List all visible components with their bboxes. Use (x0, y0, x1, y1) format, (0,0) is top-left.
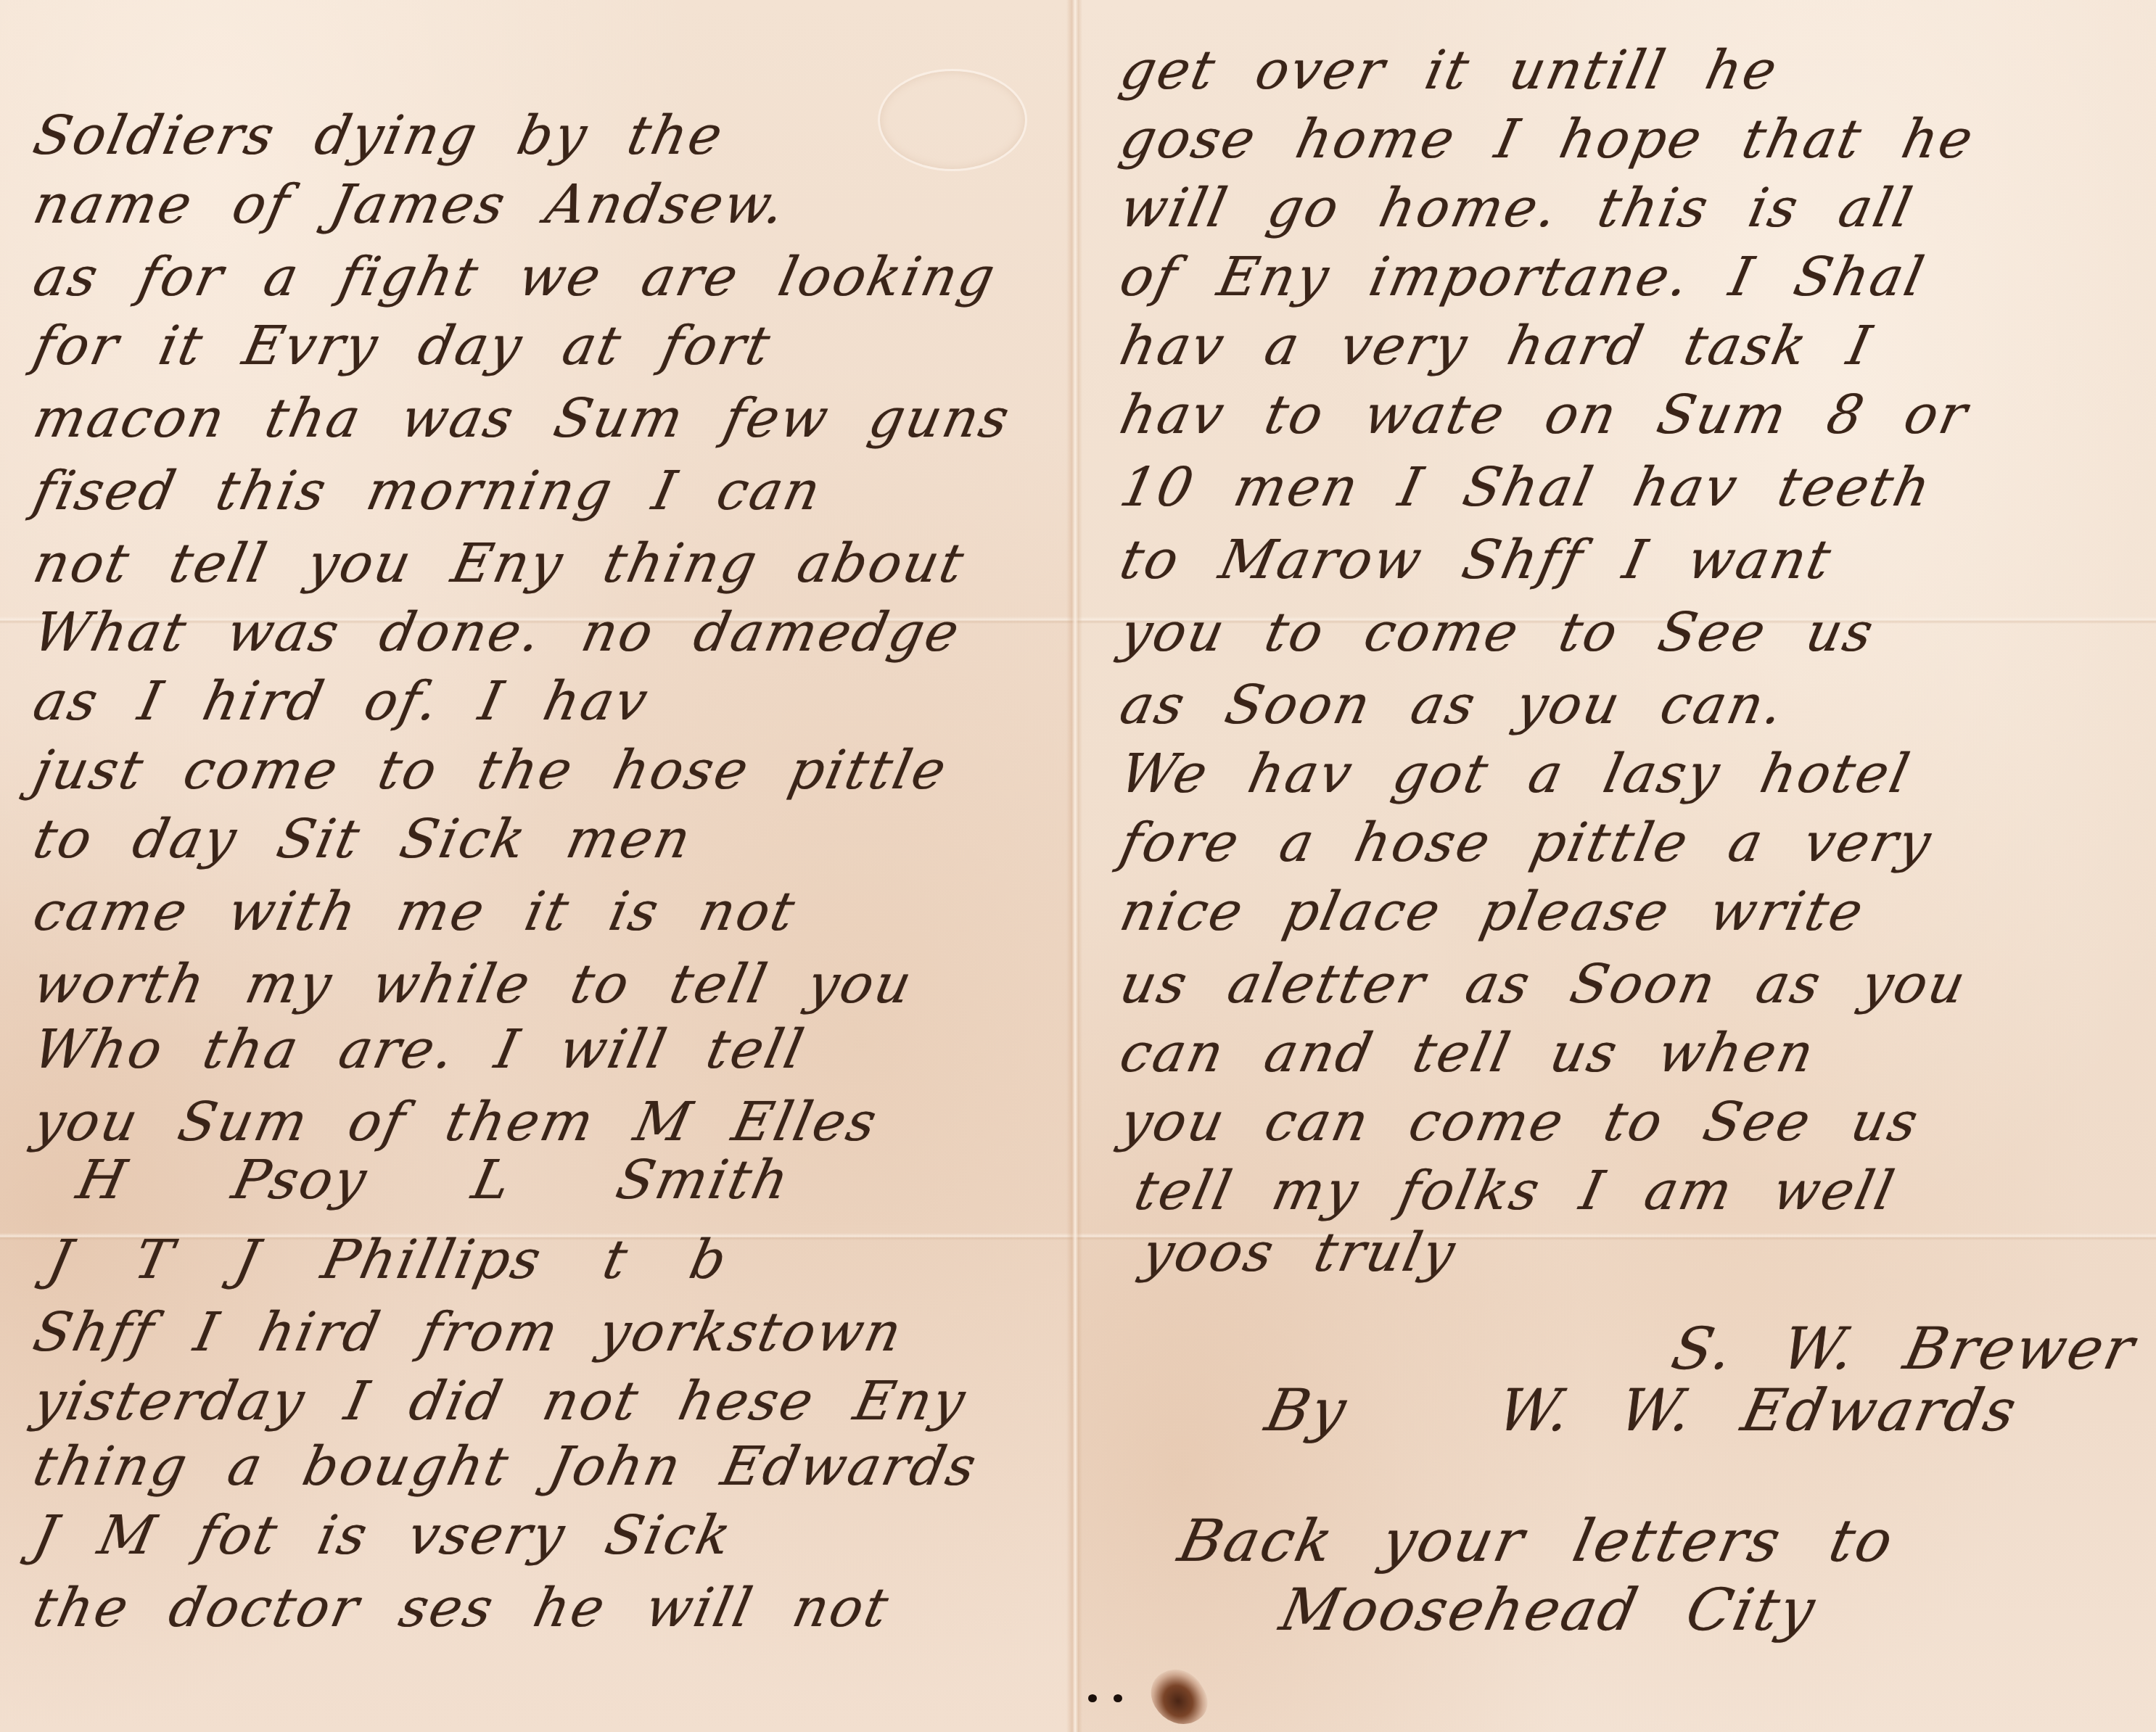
letter-line: macon tha was Sum few guns (29, 392, 1016, 445)
letter-line: tell my folks I am well (1130, 1164, 1901, 1218)
embossed-stationery-seal (878, 69, 1027, 171)
postscript-line: Moosehead City (1275, 1581, 1822, 1639)
closing-line: yoos truly (1137, 1226, 1461, 1279)
letter-line: came with me it is not (29, 885, 801, 939)
letter-line: for it Evry day at fort (29, 319, 776, 373)
letter-line: you Sum of them M Elles (29, 1095, 883, 1149)
letter-line: us aletter as Soon as you (1116, 957, 1972, 1011)
letter-line: can and tell us when (1116, 1026, 1820, 1080)
letter-line: gose home I hope that he (1116, 112, 1980, 166)
letter-spread: Soldiers dying by the name of James Ands… (0, 0, 2156, 1732)
letter-line: nice place please write (1116, 885, 1869, 939)
right-page: get over it untill he gose home I hope t… (1072, 0, 2156, 1732)
letter-line: Shff I hird from yorkstown (29, 1306, 908, 1359)
letter-line: you to come to See us (1116, 606, 1880, 659)
letter-line: you can come to See us (1116, 1095, 1925, 1149)
letter-line: We hav got a lasy hotel (1116, 747, 1915, 801)
letter-line: the doctor ses he will not (29, 1581, 894, 1635)
signature-name: S. W. Brewer (1667, 1320, 2141, 1378)
letter-line: will go home. this is all (1116, 181, 1918, 235)
ink-dot (1114, 1694, 1122, 1702)
letter-line: yisterday I did not hese Eny (29, 1374, 971, 1428)
letter-line: of Eny importane. I Shal (1116, 250, 1930, 304)
left-page: Soldiers dying by the name of James Ands… (0, 0, 1072, 1732)
postscript-line: Back your letters to (1174, 1512, 1899, 1570)
letter-line: 10 men I Shal hav teeth (1116, 461, 1937, 514)
letter-line: name of James Andsew. (29, 178, 791, 231)
letter-line: J M fot is vsery Sick (29, 1509, 738, 1562)
letter-line: as I hird of. I hav (29, 675, 654, 728)
letter-line: hav a very hard task I (1116, 319, 1877, 373)
letter-line: not tell you Eny thing about (29, 537, 970, 590)
letter-line: get over it untill he (1116, 44, 1783, 97)
letter-line: to day Sit Sick men (29, 812, 697, 866)
letter-line: Soldiers dying by the (29, 109, 729, 162)
letter-line: fised this morning I can (29, 464, 827, 518)
letter-line: H Psoy L Smith (73, 1153, 795, 1207)
letter-line: hav to wate on Sum 8 or (1116, 388, 1973, 442)
letter-line: as Soon as you can. (1116, 678, 1790, 732)
letter-line: worth my while to tell you (29, 957, 918, 1011)
letter-line: as for a fight we are looking (29, 250, 1001, 304)
signature-scribe: W. W. Edwards (1493, 1382, 2023, 1440)
letter-line: just come to the hose pittle (29, 743, 952, 797)
letter-line: thing a bought John Edwards (29, 1440, 982, 1493)
letter-line: Who tha are. I will tell (29, 1023, 810, 1076)
letter-line: J T J Phillips t b (44, 1233, 733, 1287)
letter-line: fore a hose pittle a very (1116, 816, 1937, 870)
letter-line: to Marow Shff I want (1116, 533, 1837, 587)
ink-dot (1088, 1694, 1097, 1702)
letter-line: What was done. no damedge (29, 606, 966, 659)
signature-by-label: By (1261, 1382, 1353, 1440)
